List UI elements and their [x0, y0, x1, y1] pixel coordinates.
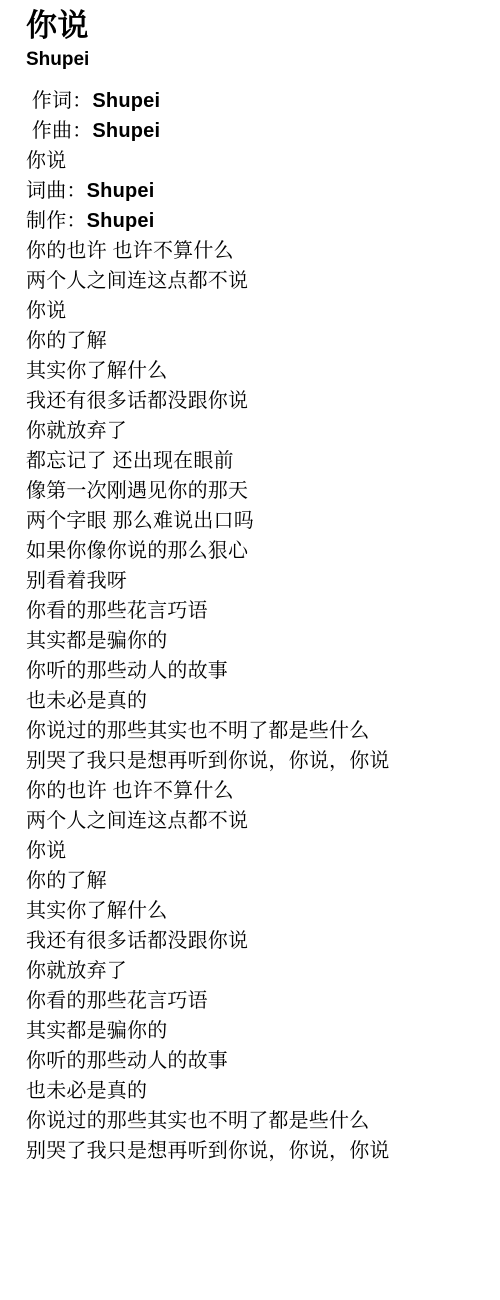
lyric-line: 你就放弃了 — [26, 956, 482, 986]
lyric-line: 作曲：Shupei — [26, 116, 482, 146]
lyric-line: 你的也许 也许不算什么 — [26, 776, 482, 806]
lyric-line: 也未必是真的 — [26, 686, 482, 716]
lyric-line: 作词：Shupei — [26, 86, 482, 116]
lyrics-block: 作词：Shupei 作曲：Shupei你说词曲：Shupei制作：Shupei你… — [26, 86, 482, 1166]
lyrics-page: 你说 Shupei 作词：Shupei 作曲：Shupei你说词曲：Shupei… — [0, 0, 500, 1166]
lyric-line: 你说 — [26, 146, 482, 176]
lyric-line: 其实都是骗你的 — [26, 1016, 482, 1046]
lyric-line: 你说过的那些其实也不明了都是些什么 — [26, 1106, 482, 1136]
lyric-line: 你听的那些动人的故事 — [26, 656, 482, 686]
lyric-line: 你看的那些花言巧语 — [26, 986, 482, 1016]
artist-name: Shupei — [26, 48, 482, 72]
lyric-line: 都忘记了 还出现在眼前 — [26, 446, 482, 476]
lyric-line: 制作：Shupei — [26, 206, 482, 236]
lyric-line: 两个字眼 那么难说出口吗 — [26, 506, 482, 536]
lyric-line: 你的了解 — [26, 866, 482, 896]
lyric-line: 两个人之间连这点都不说 — [26, 266, 482, 296]
lyric-line: 两个人之间连这点都不说 — [26, 806, 482, 836]
lyric-line: 你的了解 — [26, 326, 482, 356]
lyric-line: 别看着我呀 — [26, 566, 482, 596]
lyric-line: 别哭了我只是想再听到你说，你说，你说 — [26, 746, 482, 776]
artist-name-inline: Shupei — [92, 90, 160, 112]
lyric-line: 别哭了我只是想再听到你说，你说，你说 — [26, 1136, 482, 1166]
lyric-line: 你说过的那些其实也不明了都是些什么 — [26, 716, 482, 746]
lyric-line: 我还有很多话都没跟你说 — [26, 386, 482, 416]
lyric-line: 你说 — [26, 296, 482, 326]
lyric-line: 你看的那些花言巧语 — [26, 596, 482, 626]
lyric-line: 词曲：Shupei — [26, 176, 482, 206]
lyric-line: 其实都是骗你的 — [26, 626, 482, 656]
lyric-line: 我还有很多话都没跟你说 — [26, 926, 482, 956]
lyric-line: 你的也许 也许不算什么 — [26, 236, 482, 266]
lyric-line: 如果你像你说的那么狠心 — [26, 536, 482, 566]
page-title: 你说 — [26, 8, 482, 44]
lyric-line: 你说 — [26, 836, 482, 866]
lyric-line: 其实你了解什么 — [26, 896, 482, 926]
lyric-line: 你听的那些动人的故事 — [26, 1046, 482, 1076]
lyric-line: 其实你了解什么 — [26, 356, 482, 386]
artist-name-inline: Shupei — [87, 180, 155, 202]
lyric-line: 像第一次刚遇见你的那天 — [26, 476, 482, 506]
lyric-line: 也未必是真的 — [26, 1076, 482, 1106]
artist-name-inline: Shupei — [92, 120, 160, 142]
lyric-line: 你就放弃了 — [26, 416, 482, 446]
artist-name-inline: Shupei — [87, 210, 155, 232]
